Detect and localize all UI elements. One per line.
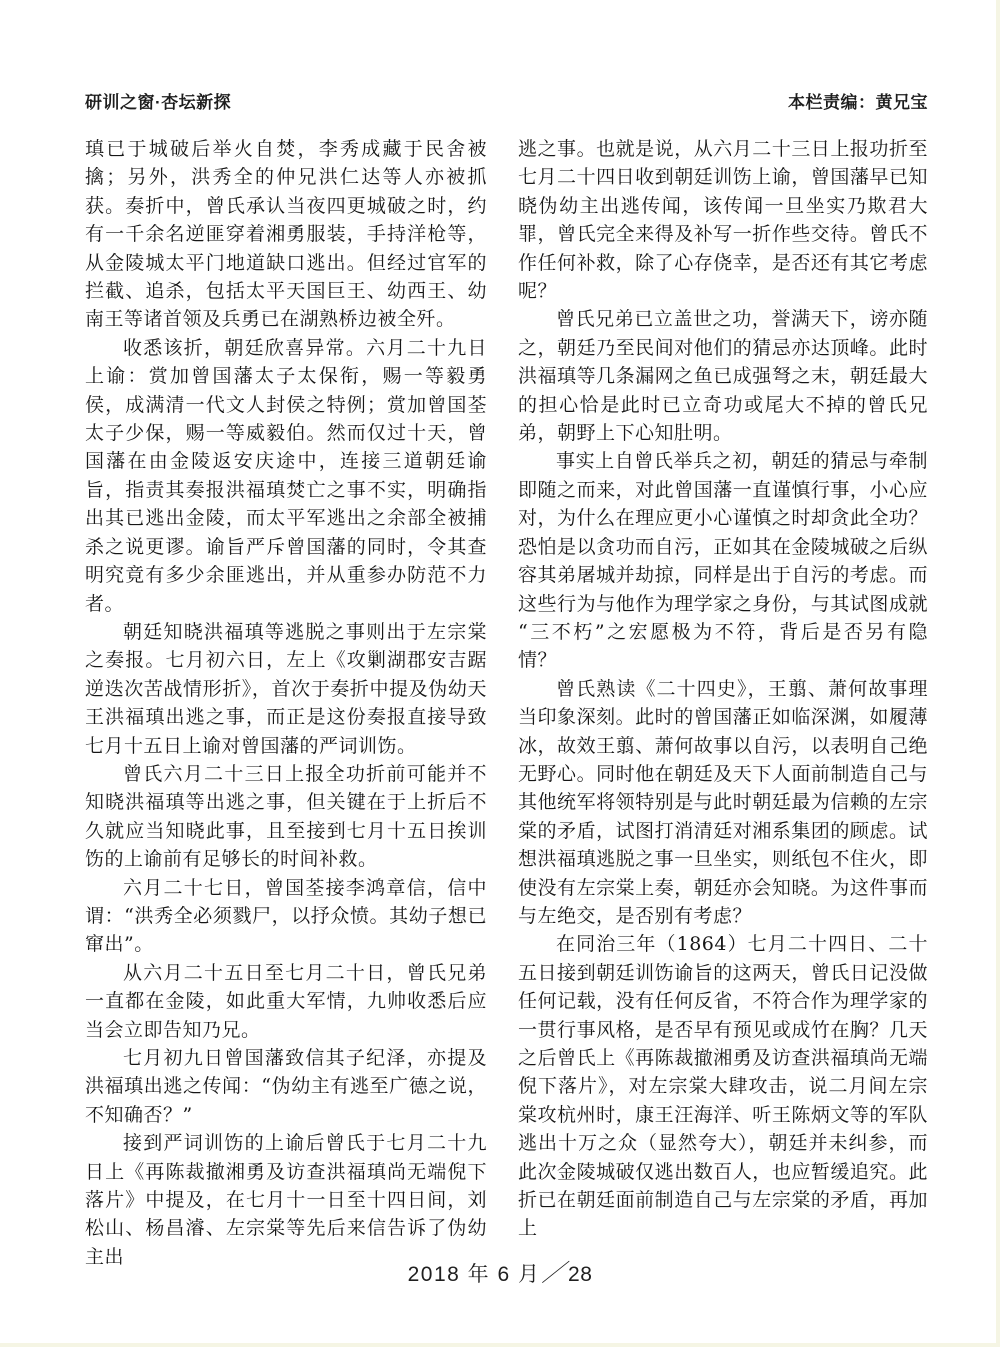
article-paragraph: 逃之事。也就是说，从六月二十三日上报功折至七月二十四日收到朝廷训饬上谕，曾国藩早… xyxy=(518,135,928,305)
editor-credit: 本栏责编：黄兄宝 xyxy=(788,88,928,113)
magazine-page: 研训之窗·杏坛新探 本栏责编：黄兄宝 瑱已于城破后举火自焚，李秀成藏于民舍被擒；… xyxy=(0,0,1000,1347)
page-edge-right xyxy=(996,0,1000,1347)
article-paragraph: 收悉该折，朝廷欣喜异常。六月二十九日上谕：赏加曾国藩太子太保衔，赐一等毅勇侯，成… xyxy=(85,334,487,618)
left-column: 瑱已于城破后举火自焚，李秀成藏于民舍被擒；另外，洪秀全的仲兄洪仁达等人亦被抓获。… xyxy=(85,135,487,1271)
article-paragraph: 曾氏六月二十三日上报全功折前可能并不知晓洪福瑱等出逃之事，但关键在于上折后不久就… xyxy=(85,760,487,874)
article-paragraph: 七月初九日曾国藩致信其子纪泽，亦提及洪福瑱出逃之传闻：“伪幼主有逃至广德之说，不… xyxy=(85,1044,487,1129)
footer-date: 2018 年 6 月 xyxy=(408,1263,541,1286)
page-edge-bottom xyxy=(0,1343,1000,1347)
article-paragraph: 事实上自曾氏举兵之初，朝廷的猜忌与牵制即随之而来，对此曾国藩一直谨慎行事，小心应… xyxy=(518,447,928,674)
article-paragraph: 在同治三年（1864）七月二十四日、二十五日接到朝廷训饬谕旨的这两天，曾氏日记没… xyxy=(518,930,928,1242)
article-paragraph: 曾氏兄弟已立盖世之功，誉满天下，谤亦随之，朝廷乃至民间对他们的猜忌亦达顶峰。此时… xyxy=(518,305,928,447)
article-paragraph: 从六月二十五日至七月二十日，曾氏兄弟一直都在金陵，如此重大军情，九帅收悉后应当会… xyxy=(85,959,487,1044)
footer-separator: ／ xyxy=(542,1260,568,1287)
page-number: 28 xyxy=(568,1263,592,1286)
right-column: 逃之事。也就是说，从六月二十三日上报功折至七月二十四日收到朝廷训饬上谕，曾国藩早… xyxy=(518,135,928,1271)
article-paragraph: 朝廷知晓洪福瑱等逃脱之事则出于左宗棠之奏报。七月初六日，左上《攻剿湖郡安吉踞逆迭… xyxy=(85,618,487,760)
article-paragraph: 瑱已于城破后举火自焚，李秀成藏于民舍被擒；另外，洪秀全的仲兄洪仁达等人亦被抓获。… xyxy=(85,135,487,334)
page-footer: 2018 年 6 月／28 xyxy=(0,1253,1000,1288)
article-paragraph: 六月二十七日，曾国荃接李鸿章信，信中谓：“洪秀全必须戮尸，以抒众愤。其幼子想已窜… xyxy=(85,874,487,959)
article-body: 瑱已于城破后举火自焚，李秀成藏于民舍被擒；另外，洪秀全的仲兄洪仁达等人亦被抓获。… xyxy=(85,135,928,1271)
article-paragraph: 接到严词训饬的上谕后曾氏于七月二十九日上《再陈裁撤湘勇及访查洪福瑱尚无端倪下落片… xyxy=(85,1129,487,1271)
article-paragraph: 曾氏熟读《二十四史》，王翦、萧何故事理当印象深刻。此时的曾国藩正如临深渊，如履薄… xyxy=(518,675,928,931)
section-title: 研训之窗·杏坛新探 xyxy=(85,88,231,113)
page-header: 研训之窗·杏坛新探 本栏责编：黄兄宝 xyxy=(85,88,928,113)
